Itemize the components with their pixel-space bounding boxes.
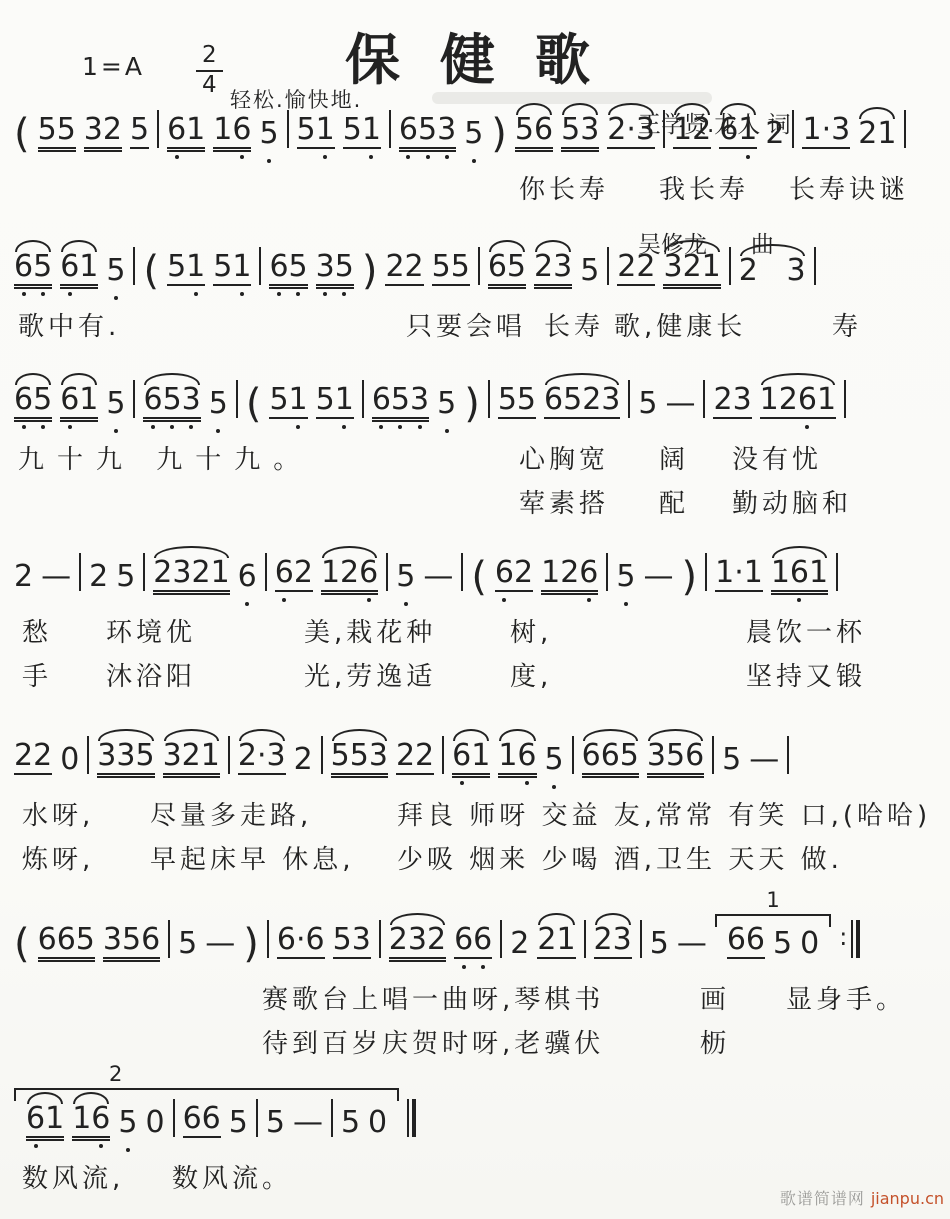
note-digit: 5: [638, 389, 657, 419]
note-group: 55: [38, 115, 76, 149]
barline: [814, 247, 816, 285]
note-group: 62: [495, 558, 533, 592]
note-digit: 1: [877, 119, 896, 149]
note-digit: 2: [415, 741, 434, 771]
note-group: 356: [103, 925, 160, 959]
note-digit: 6: [38, 925, 57, 955]
note-digit: 6: [238, 562, 257, 592]
lyric-segment: 画: [700, 979, 730, 1016]
note-digit: 3: [733, 385, 752, 415]
note-group: 653: [143, 385, 200, 419]
note-digit: 1: [673, 115, 692, 145]
note-digit: 1: [771, 558, 790, 588]
barline: [87, 736, 89, 774]
note-group: 2·3: [607, 115, 655, 149]
note-digit: ·: [257, 741, 267, 771]
lyric-segment: 度,: [510, 656, 552, 693]
lyric-segment: 我长寿: [659, 169, 749, 206]
note-group: 5: [341, 1108, 360, 1138]
note-group: 56: [515, 115, 553, 149]
ending-bracket-2: 26116506655—50: [14, 1088, 399, 1138]
barline: [904, 110, 906, 148]
lyric-segment: 美,栽花种: [304, 612, 436, 649]
note-group: 126: [321, 558, 378, 592]
held-note-dash: —: [41, 562, 71, 592]
note-group: 1261: [760, 385, 836, 419]
note-digit: 5: [76, 925, 95, 955]
note-digit: 1: [802, 115, 821, 145]
note-digit: 2: [389, 925, 408, 955]
note-group: 16: [72, 1104, 110, 1138]
phrase-paren: (: [14, 924, 30, 964]
note-digit: 3: [636, 115, 655, 145]
note-digit: 1: [702, 252, 721, 282]
note-digit: 3: [613, 925, 632, 955]
note-digit: 6: [495, 558, 514, 588]
barline: [133, 247, 135, 285]
note-digit: 5: [57, 115, 76, 145]
lyric-segment: 显身手。: [786, 979, 906, 1016]
score-line-4: 2—2523216621265—(621265—)1·1161愁环境优美,栽花种…: [14, 538, 942, 696]
note-digit: 5: [391, 385, 410, 415]
note-group: 23: [534, 252, 572, 286]
note-digit: 3: [352, 925, 371, 955]
note-group: 2: [89, 562, 108, 592]
note-digit: 5: [269, 385, 288, 415]
barline: [389, 110, 391, 148]
note-digit: 1: [79, 385, 98, 415]
barline: [173, 1099, 175, 1137]
note-digit: 2: [14, 741, 33, 771]
note-digit: 3: [580, 115, 599, 145]
note-group: 2: [294, 745, 313, 775]
note-digit: 2: [617, 252, 636, 282]
note-digit: 6: [746, 925, 765, 955]
note-digit: 6: [167, 115, 186, 145]
note-digit: 5: [580, 256, 599, 286]
barline: [712, 736, 714, 774]
barline: [792, 110, 794, 148]
held-note-dash: —: [293, 1108, 323, 1138]
note-digit: 2: [692, 115, 711, 145]
note-digit: 6: [277, 925, 296, 955]
barline: [362, 380, 364, 418]
note-digit: 1: [213, 115, 232, 145]
held-note-dash: —: [677, 929, 707, 959]
note-digit: 5: [213, 252, 232, 282]
note-group: 22: [396, 741, 434, 775]
note-group: 22: [617, 252, 655, 286]
time-signature-numerator: 2: [196, 44, 223, 72]
lyric-segment: 树,: [510, 612, 552, 649]
note-group: 6·6: [277, 925, 325, 959]
note-group: 6523: [544, 385, 620, 419]
note-digit: 5: [343, 115, 362, 145]
phrase-paren: ): [362, 251, 378, 291]
note-digit: 5: [437, 389, 456, 419]
score-line-5: 2203353212·3255322611656653565—水呀,尽量多走路,…: [14, 722, 942, 879]
note-digit: 3: [316, 252, 335, 282]
note-digit: 6: [473, 925, 492, 955]
held-note-dash: —: [205, 929, 235, 959]
note-digit: 5: [620, 741, 639, 771]
note-digit: [758, 256, 768, 286]
note-digit: 1: [760, 385, 779, 415]
note-group: 2 3: [739, 256, 806, 286]
barline: [572, 736, 574, 774]
note-digit: 5: [498, 385, 517, 415]
notation-row: 656156535(51516535)5565235—231261: [14, 365, 942, 435]
note-group: 5: [722, 745, 741, 775]
note-digit: 2: [765, 119, 784, 149]
note-digit: 5: [33, 252, 52, 282]
lyric-segment: 长寿诀谜: [789, 169, 909, 206]
note-digit: 6: [601, 741, 620, 771]
note-digit: 6: [372, 385, 391, 415]
barline: [442, 736, 444, 774]
note-digit: 1: [79, 252, 98, 282]
note-digit: [777, 256, 787, 286]
barline: [703, 380, 705, 418]
note-digit: 1: [186, 252, 205, 282]
note-digit: 2: [103, 115, 122, 145]
note-group: 12: [673, 115, 711, 149]
barline: [488, 380, 490, 418]
barline: [321, 736, 323, 774]
note-digit: 6: [26, 1104, 45, 1134]
lyric-segment: 沐浴阳: [106, 656, 196, 693]
note-group: 5: [773, 929, 792, 959]
note-group: 5: [106, 389, 125, 419]
lyric-segment: 你长寿: [519, 169, 609, 206]
lyric-segment: 歌中有.: [18, 306, 120, 343]
lyric-row: 待到百岁庆贺时呀,老骥伏枥: [14, 1019, 942, 1063]
note-group: 51: [316, 385, 354, 419]
barline: [640, 920, 642, 958]
note-group: 61: [167, 115, 205, 149]
barline: [478, 247, 480, 285]
note-digit: 5: [116, 562, 135, 592]
note-group: 5: [266, 1108, 285, 1138]
note-group: 51: [167, 252, 205, 286]
note-digit: ·: [626, 115, 636, 145]
note-group: 5: [650, 929, 669, 959]
lyric-row: 手沐浴阳光,劳逸适度,坚持又锻: [14, 652, 942, 696]
notation-row: (6653565—)6·65323266221235—16650:: [14, 905, 942, 975]
note-group: 2321: [153, 558, 229, 592]
note-group: 321: [663, 252, 720, 286]
note-group: 2: [510, 929, 529, 959]
note-digit: 5: [666, 741, 685, 771]
note-group: 5: [178, 929, 197, 959]
note-digit: 6: [790, 558, 809, 588]
note-group: 51: [343, 115, 381, 149]
lyric-segment: 寿: [832, 306, 862, 343]
note-digit: 6: [517, 741, 536, 771]
lyric-segment: 少吸 烟来 少喝 酒,卫生 天天 做.: [397, 839, 843, 876]
note-digit: 5: [350, 741, 369, 771]
note-group: 2: [765, 119, 784, 149]
note-digit: 3: [163, 741, 182, 771]
note-digit: 2: [560, 558, 579, 588]
note-digit: 2: [294, 745, 313, 775]
note-digit: 6: [183, 1104, 202, 1134]
lyric-segment: 待到百岁庆贺时呀,老骥伏: [262, 1023, 604, 1060]
note-digit: 2: [153, 558, 172, 588]
notation-row: (553256116551516535)56532·3126121·321: [14, 95, 942, 165]
key-signature: 1=A: [82, 52, 145, 81]
note-digit: 5: [38, 115, 57, 145]
note-digit: 3: [369, 741, 388, 771]
note-digit: 2: [514, 558, 533, 588]
lyric-segment: 只要会唱: [406, 306, 526, 343]
note-group: 61: [452, 741, 490, 775]
note-digit: 1: [362, 115, 381, 145]
note-group: 321: [163, 741, 220, 775]
note-group: 66: [727, 925, 765, 959]
note-group: 5: [116, 562, 135, 592]
note-group: 5: [106, 256, 125, 286]
note-digit: 5: [515, 115, 534, 145]
note-digit: 5: [507, 252, 526, 282]
note-digit: 2: [858, 119, 877, 149]
note-group: 55: [498, 385, 536, 419]
watermark-site-name: 歌谱简谱网: [780, 1189, 865, 1208]
note-digit: 5: [167, 252, 186, 282]
barline: [461, 553, 463, 591]
note-group: 61: [719, 115, 757, 149]
note-digit: 0: [800, 929, 819, 959]
lyric-segment: 勤动脑和: [732, 483, 852, 520]
note-digit: ·: [296, 925, 306, 955]
note-digit: 6: [60, 385, 79, 415]
note-group: 2·3: [238, 741, 286, 775]
note-digit: 2: [238, 741, 257, 771]
note-digit: 6: [798, 385, 817, 415]
lyric-row: 赛歌台上唱一曲呀,琴棋书画显身手。: [14, 975, 942, 1019]
note-digit: 5: [266, 1108, 285, 1138]
barline: [386, 553, 388, 591]
notation-row: 26116506655—50: [14, 1085, 942, 1154]
score-line-7: 26116506655—50数风流,数风流。: [14, 1085, 942, 1198]
note-digit: 6: [727, 925, 746, 955]
lyric-segment: 阔: [659, 439, 689, 476]
note-digit: 0: [368, 1108, 387, 1138]
phrase-paren: ): [681, 557, 697, 597]
note-digit: 1: [809, 558, 828, 588]
note-digit: 3: [103, 925, 122, 955]
notation-row: 2203353212·3255322611656653565—: [14, 722, 942, 791]
barline: [787, 736, 789, 774]
note-group: 61: [26, 1104, 64, 1138]
ending-bracket-1: 16650: [715, 914, 831, 959]
barline: [729, 247, 731, 285]
repeat-dots: :: [839, 925, 847, 949]
lyric-segment: 坚持又锻: [746, 656, 866, 693]
note-digit: 0: [145, 1108, 164, 1138]
note-digit: 5: [773, 929, 792, 959]
note-group: 5: [545, 745, 564, 775]
note-digit: 1: [738, 115, 757, 145]
note-digit: 2: [340, 558, 359, 588]
lyric-row: 歌中有.只要会唱长寿歌,健康长寿: [14, 302, 942, 346]
note-digit: 1: [321, 558, 340, 588]
note-digit: 3: [116, 741, 135, 771]
note-digit: 1: [316, 115, 335, 145]
barline: [836, 553, 838, 591]
lyric-segment: 手: [22, 656, 52, 693]
note-digit: 2: [396, 741, 415, 771]
note-digit: 2: [294, 558, 313, 588]
note-group: 5: [209, 389, 228, 419]
barline: [143, 553, 145, 591]
lyric-segment: 配: [659, 483, 689, 520]
note-group: 356: [647, 741, 704, 775]
note-digit: 5: [563, 385, 582, 415]
note-digit: 6: [534, 115, 553, 145]
note-digit: 1: [335, 385, 354, 415]
lyric-row: 水呀,尽量多走路,拜良 师呀 交益 友,常常 有笑 口,(哈哈): [14, 791, 942, 835]
lyric-row: 你长寿我长寿长寿诀谜: [14, 165, 942, 209]
lyric-segment: 水呀,: [22, 795, 94, 832]
note-digit: ·: [734, 558, 744, 588]
phrase-paren: ): [243, 924, 259, 964]
note-group: 0: [368, 1108, 387, 1138]
note-digit: 3: [84, 115, 103, 145]
note-group: 53: [561, 115, 599, 149]
note-group: 232: [389, 925, 446, 959]
lyric-row: 荤素搭配勤动脑和: [14, 479, 942, 523]
song-title: 保健歌: [345, 16, 630, 95]
note-digit: 6: [269, 252, 288, 282]
note-digit: 5: [289, 252, 308, 282]
note-digit: 6: [454, 925, 473, 955]
note-digit: 5: [118, 1108, 137, 1138]
note-digit: 1: [471, 741, 490, 771]
note-digit: 5: [396, 562, 415, 592]
note-group: 5: [580, 256, 599, 286]
lyric-segment: 拜良 师呀 交益 友,常常 有笑 口,(哈哈): [397, 795, 931, 832]
note-digit: 2: [427, 925, 446, 955]
phrase-paren: (: [143, 251, 159, 291]
lyric-segment: 尽量多走路,: [150, 795, 312, 832]
note-digit: 6: [582, 741, 601, 771]
note-digit: 6: [719, 115, 738, 145]
note-digit: 3: [266, 741, 285, 771]
note-digit: 2: [607, 115, 626, 145]
barline: [168, 920, 170, 958]
note-group: 5: [130, 115, 149, 149]
note-digit: 2: [89, 562, 108, 592]
note-group: 22: [14, 741, 52, 775]
note-digit: 5: [722, 745, 741, 775]
note-digit: 1: [498, 741, 517, 771]
note-digit: 5: [229, 1108, 248, 1138]
barline: [628, 380, 630, 418]
note-group: 65: [488, 252, 526, 286]
note-group: 653: [372, 385, 429, 419]
note-group: 5: [259, 119, 278, 149]
note-digit: 6: [452, 741, 471, 771]
note-digit: 6: [60, 252, 79, 282]
barline: [705, 553, 707, 591]
lyric-segment: 数风流。: [172, 1158, 292, 1195]
note-group: 53: [333, 925, 371, 959]
barline: [157, 110, 159, 148]
barline: [228, 736, 230, 774]
held-note-dash: —: [643, 562, 673, 592]
note-group: 51: [213, 252, 251, 286]
ending-number: 2: [109, 1064, 122, 1085]
note-digit: 5: [331, 741, 350, 771]
phrase-paren: (: [246, 384, 262, 424]
watermark-site-url[interactable]: jianpu.cn: [871, 1189, 944, 1208]
note-digit: 6: [141, 925, 160, 955]
note-digit: 3: [97, 741, 116, 771]
held-note-dash: —: [749, 745, 779, 775]
note-group: 51: [297, 115, 335, 149]
note-digit: 5: [130, 115, 149, 145]
note-digit: 1: [45, 1104, 64, 1134]
lyric-segment: 赛歌台上唱一曲呀,琴棋书: [262, 979, 604, 1016]
note-group: 5: [638, 389, 657, 419]
note-digit: 1: [186, 115, 205, 145]
lyric-segment: 九十九 九十九。: [18, 439, 312, 476]
note-digit: 6: [232, 115, 251, 145]
barline: [236, 380, 238, 418]
note-group: 16: [498, 741, 536, 775]
note-group: 61: [60, 252, 98, 286]
note-digit: 3: [437, 115, 456, 145]
lyric-segment: 光,劳逸适: [304, 656, 436, 693]
barline: [844, 380, 846, 418]
held-note-dash: —: [423, 562, 453, 592]
barline: [379, 920, 381, 958]
score-line-1: (553256116551516535)56532·3126121·321你长寿…: [14, 95, 942, 209]
notation-row: 2—2523216621265—(621265—)1·1161: [14, 538, 942, 608]
note-group: 2: [14, 562, 33, 592]
note-group: 23: [594, 925, 632, 959]
score-line-2: 65615(51516535)225565235223212 3歌中有.只要会唱…: [14, 232, 942, 346]
note-digit: 6: [143, 385, 162, 415]
note-group: 6: [238, 562, 257, 592]
ending-number: 1: [766, 890, 779, 911]
note-digit: 5: [432, 252, 451, 282]
note-digit: 6: [488, 252, 507, 282]
score-line-3: 656156535(51516535)5565235—231261九十九 九十九…: [14, 365, 942, 523]
note-digit: 1: [201, 741, 220, 771]
note-digit: 2: [33, 741, 52, 771]
note-digit: 2: [683, 252, 702, 282]
lyric-segment: 荤素搭: [519, 483, 609, 520]
note-digit: 6: [306, 925, 325, 955]
lyric-segment: 数风流,: [22, 1158, 124, 1195]
note-digit: 3: [663, 252, 682, 282]
note-digit: 1: [715, 558, 734, 588]
note-group: 51: [269, 385, 307, 419]
note-digit: 5: [335, 252, 354, 282]
note-digit: ·: [822, 115, 832, 145]
note-digit: 1: [541, 558, 560, 588]
score-line-6: (6653565—)6·65323266221235—16650:赛歌台上唱一曲…: [14, 905, 942, 1063]
note-group: 21: [858, 119, 896, 149]
note-digit: 3: [182, 385, 201, 415]
note-group: 61: [60, 385, 98, 419]
note-group: 23: [713, 385, 751, 419]
note-group: 5: [464, 119, 483, 149]
note-digit: 1: [556, 925, 575, 955]
note-digit: 5: [122, 925, 141, 955]
